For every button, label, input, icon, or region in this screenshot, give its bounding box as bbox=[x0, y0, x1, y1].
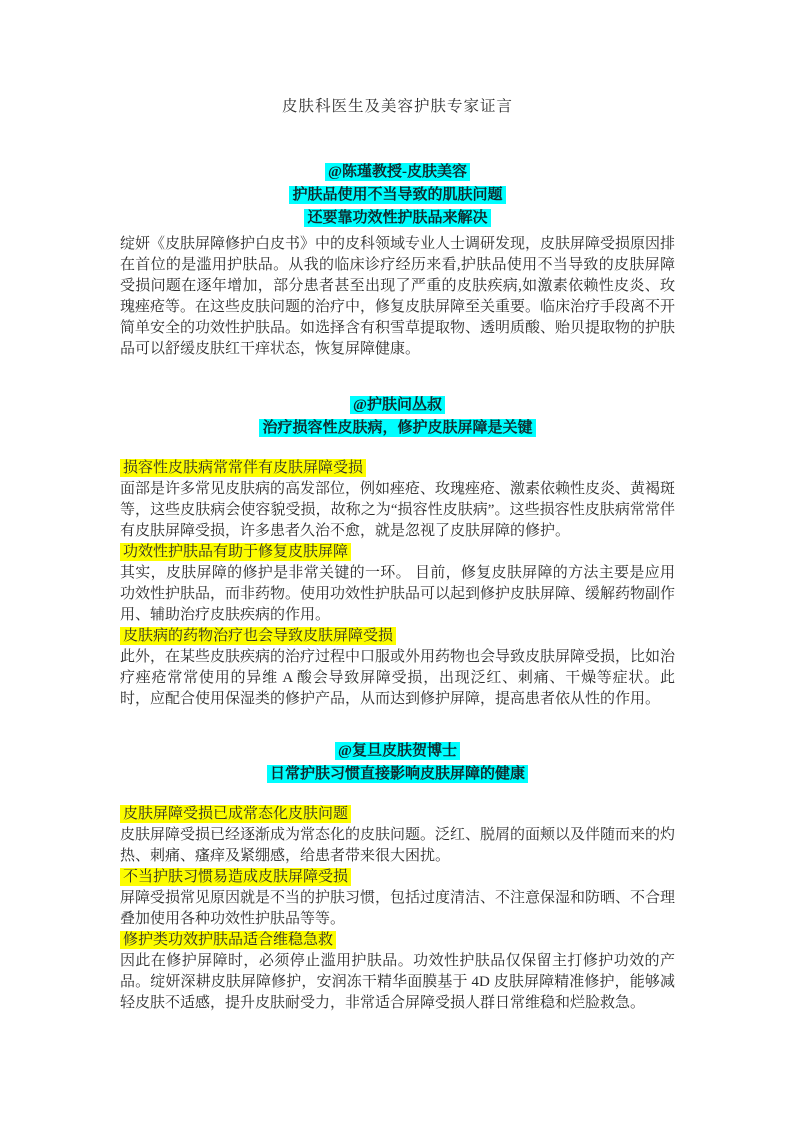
subheading-line: 不当护肤习惯易造成皮肤屏障受损 bbox=[120, 867, 675, 888]
subheading: 功效性护肤品有助于修复皮肤屏障 bbox=[120, 543, 351, 561]
subheading-line: 修护类功效护肤品适合维稳急救 bbox=[120, 930, 675, 951]
subheading-line: 皮肤屏障受损已成常态化皮肤问题 bbox=[120, 804, 675, 825]
expert-section-congshu: @护肤问丛叔 治疗损容性皮肤病，修护皮肤屏障是关键 损容性皮肤病常常伴有皮肤屏障… bbox=[120, 394, 675, 710]
section-headline: 日常护肤习惯直接影响皮肤屏障的健康 bbox=[267, 765, 528, 783]
section-headline: 还要靠功效性护肤品来解决 bbox=[304, 209, 490, 227]
expert-section-chenjin: @陈瑾教授-皮肤美容 护肤品使用不当导致的肌肤问题 还要靠功效性护肤品来解决 绽… bbox=[120, 161, 675, 360]
body-paragraph: 面部是许多常见皮肤病的高发部位，例如痤疮、玫瑰痤疮、激素依赖性皮炎、黄褐斑等，这… bbox=[120, 479, 675, 542]
document-page: 皮肤科医生及美容护肤专家证言 @陈瑾教授-皮肤美容 护肤品使用不当导致的肌肤问题… bbox=[0, 0, 794, 1123]
document-title: 皮肤科医生及美容护肤专家证言 bbox=[120, 96, 675, 117]
expert-handle-line: @陈瑾教授-皮肤美容 bbox=[120, 161, 675, 183]
section-header: @复旦皮肤贺博士 日常护肤习惯直接影响皮肤屏障的健康 bbox=[120, 740, 675, 785]
expert-handle: @护肤问丛叔 bbox=[350, 396, 445, 414]
headline-line: 日常护肤习惯直接影响皮肤屏障的健康 bbox=[120, 763, 675, 785]
section-header: @陈瑾教授-皮肤美容 护肤品使用不当导致的肌肤问题 还要靠功效性护肤品来解决 bbox=[120, 161, 675, 229]
headline-line: 还要靠功效性护肤品来解决 bbox=[120, 207, 675, 229]
body-paragraph: 绽妍《皮肤屏障修护白皮书》中的皮科领域专业人士调研发现，皮肤屏障受损原因排在首位… bbox=[120, 234, 675, 360]
spacer bbox=[120, 440, 675, 458]
expert-handle-line: @复旦皮肤贺博士 bbox=[120, 740, 675, 762]
section-header: @护肤问丛叔 治疗损容性皮肤病，修护皮肤屏障是关键 bbox=[120, 394, 675, 439]
body-paragraph: 其实，皮肤屏障的修护是非常关键的一环。 目前，修复皮肤屏障的方法主要是应用功效性… bbox=[120, 563, 675, 626]
subheading-line: 皮肤病的药物治疗也会导致皮肤屏障受损 bbox=[120, 626, 675, 647]
spacer bbox=[120, 786, 675, 804]
subheading-line: 功效性护肤品有助于修复皮肤屏障 bbox=[120, 542, 675, 563]
subheading: 不当护肤习惯易造成皮肤屏障受损 bbox=[120, 868, 351, 886]
section-headline: 护肤品使用不当导致的肌肤问题 bbox=[289, 186, 505, 204]
subheading: 皮肤病的药物治疗也会导致皮肤屏障受损 bbox=[120, 627, 396, 645]
subheading: 损容性皮肤病常常伴有皮肤屏障受损 bbox=[120, 459, 366, 477]
expert-handle: @复旦皮肤贺博士 bbox=[335, 742, 460, 760]
body-paragraph: 皮肤屏障受损已经逐渐成为常态化的皮肤问题。泛红、脱屑的面颊以及伴随而来的灼热、刺… bbox=[120, 825, 675, 867]
body-paragraph: 因此在修护屏障时，必须停止滥用护肤品。功效性护肤品仅保留主打修护功效的产品。绽妍… bbox=[120, 951, 675, 1014]
subheading: 修护类功效护肤品适合维稳急救 bbox=[120, 931, 336, 949]
body-paragraph: 此外，在某些皮肤疾病的治疗过程中口服或外用药物也会导致皮肤屏障受损，比如治疗痤疮… bbox=[120, 647, 675, 710]
expert-handle-line: @护肤问丛叔 bbox=[120, 394, 675, 416]
section-headline: 治疗损容性皮肤病，修护皮肤屏障是关键 bbox=[259, 419, 535, 437]
headline-line: 护肤品使用不当导致的肌肤问题 bbox=[120, 184, 675, 206]
subheading: 皮肤屏障受损已成常态化皮肤问题 bbox=[120, 805, 351, 823]
body-paragraph: 屏障受损常见原因就是不当的护肤习惯，包括过度清洁、不注意保湿和防晒、不合理叠加使… bbox=[120, 888, 675, 930]
subheading-line: 损容性皮肤病常常伴有皮肤屏障受损 bbox=[120, 458, 675, 479]
expert-section-heboshi: @复旦皮肤贺博士 日常护肤习惯直接影响皮肤屏障的健康 皮肤屏障受损已成常态化皮肤… bbox=[120, 740, 675, 1014]
expert-handle: @陈瑾教授-皮肤美容 bbox=[325, 163, 470, 181]
headline-line: 治疗损容性皮肤病，修护皮肤屏障是关键 bbox=[120, 417, 675, 439]
